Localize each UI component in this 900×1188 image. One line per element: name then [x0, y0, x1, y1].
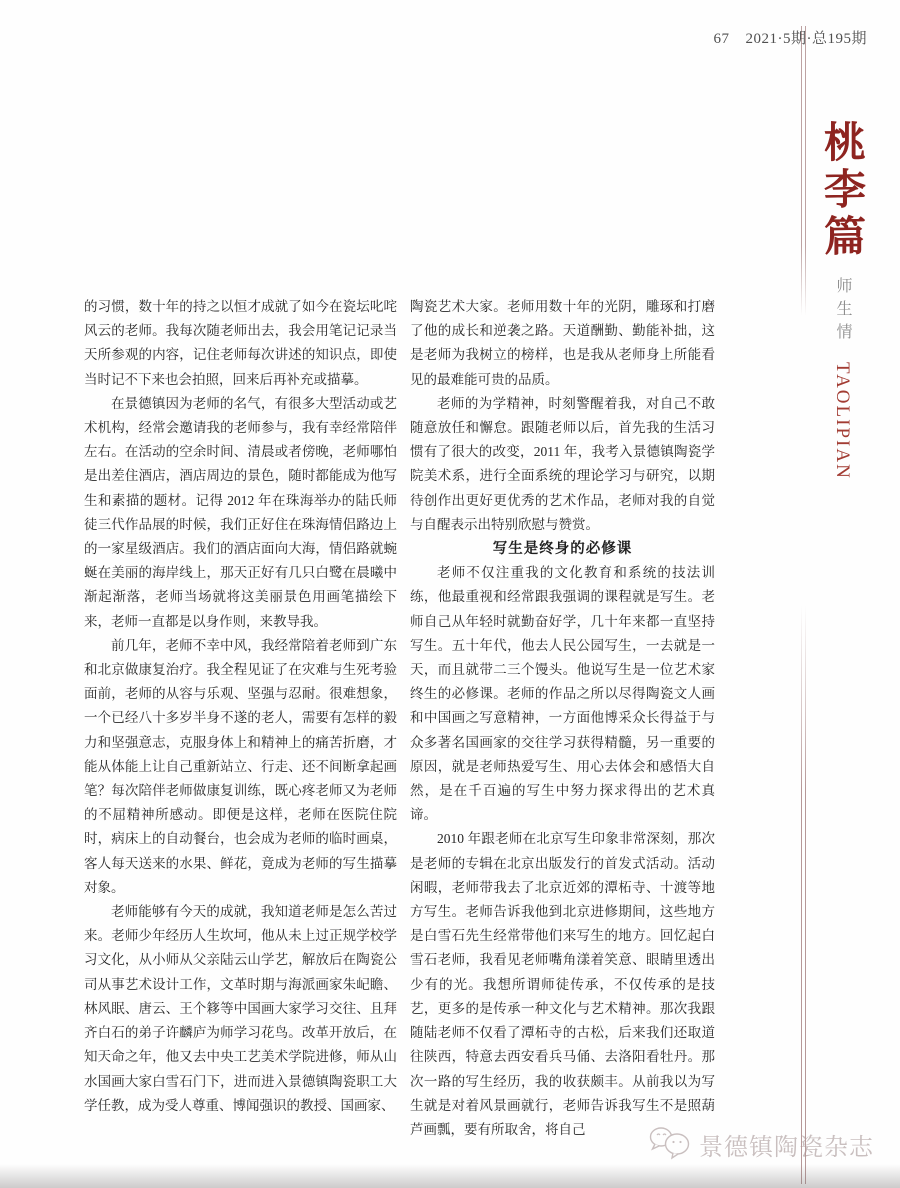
paragraph: 2010 年跟老师在北京写生印象非常深刻，那次是老师的专辑在北京出版发行的首发式…	[410, 827, 715, 1142]
paragraph: 老师的为学精神，时刻警醒着我，对自己不敢随意放任和懈怠。跟随老师以后，首先我的生…	[410, 392, 715, 537]
section-title-block: 桃李篇 师生情 TAOLIPIAN	[806, 120, 878, 480]
section-title-calligraphy: 桃李篇	[821, 120, 863, 262]
section-subtitle: 师生情	[834, 277, 850, 346]
paragraph: 在景德镇因为老师的名气，有很多大型活动或艺术机构，经常会邀请我的老师参与，我有幸…	[84, 392, 397, 634]
section-title-pinyin: TAOLIPIAN	[831, 362, 853, 480]
journal-logo: 景德镇陶瓷杂志	[648, 1124, 874, 1165]
paragraph: 的习惯，数十年的持之以恒才成就了如今在瓷坛叱咤风云的老师。我每次随老师出去，我会…	[84, 295, 397, 392]
article-left-column: 的习惯，数十年的持之以恒才成就了如今在瓷坛叱咤风云的老师。我每次随老师出去，我会…	[84, 295, 397, 1118]
page-bottom-fade	[0, 1164, 900, 1188]
section-heading: 写生是终身的必修课	[410, 537, 715, 561]
page-header: 672021·5期·总195期	[714, 27, 868, 48]
paragraph: 陶瓷艺术大家。老师用数十年的光阴，雕琢和打磨了他的成长和逆袭之路。天道酬勤、勤能…	[410, 295, 715, 392]
wechat-bubbles-icon	[648, 1124, 692, 1165]
magazine-page: { "header": { "page_number": "67", "issu…	[0, 0, 900, 1188]
paragraph: 老师能够有今天的成就，我知道老师是怎么苦过来。老师少年经历人生坎坷，他从未上过正…	[84, 900, 397, 1118]
journal-logo-text: 景德镇陶瓷杂志	[699, 1127, 874, 1162]
paragraph: 前几年，老师不幸中风，我经常陪着老师到广东和北京做康复治疗。我全程见证了在灾难与…	[84, 634, 397, 900]
article-right-column: 陶瓷艺术大家。老师用数十年的光阴，雕琢和打磨了他的成长和逆袭之路。天道酬勤、勤能…	[410, 295, 715, 1142]
issue-info: 2021·5期·总195期	[746, 31, 868, 47]
page-number: 67	[714, 31, 730, 47]
paragraph: 老师不仅注重我的文化教育和系统的技法训练，他最重视和经常跟我强调的课程就是写生。…	[410, 561, 715, 827]
